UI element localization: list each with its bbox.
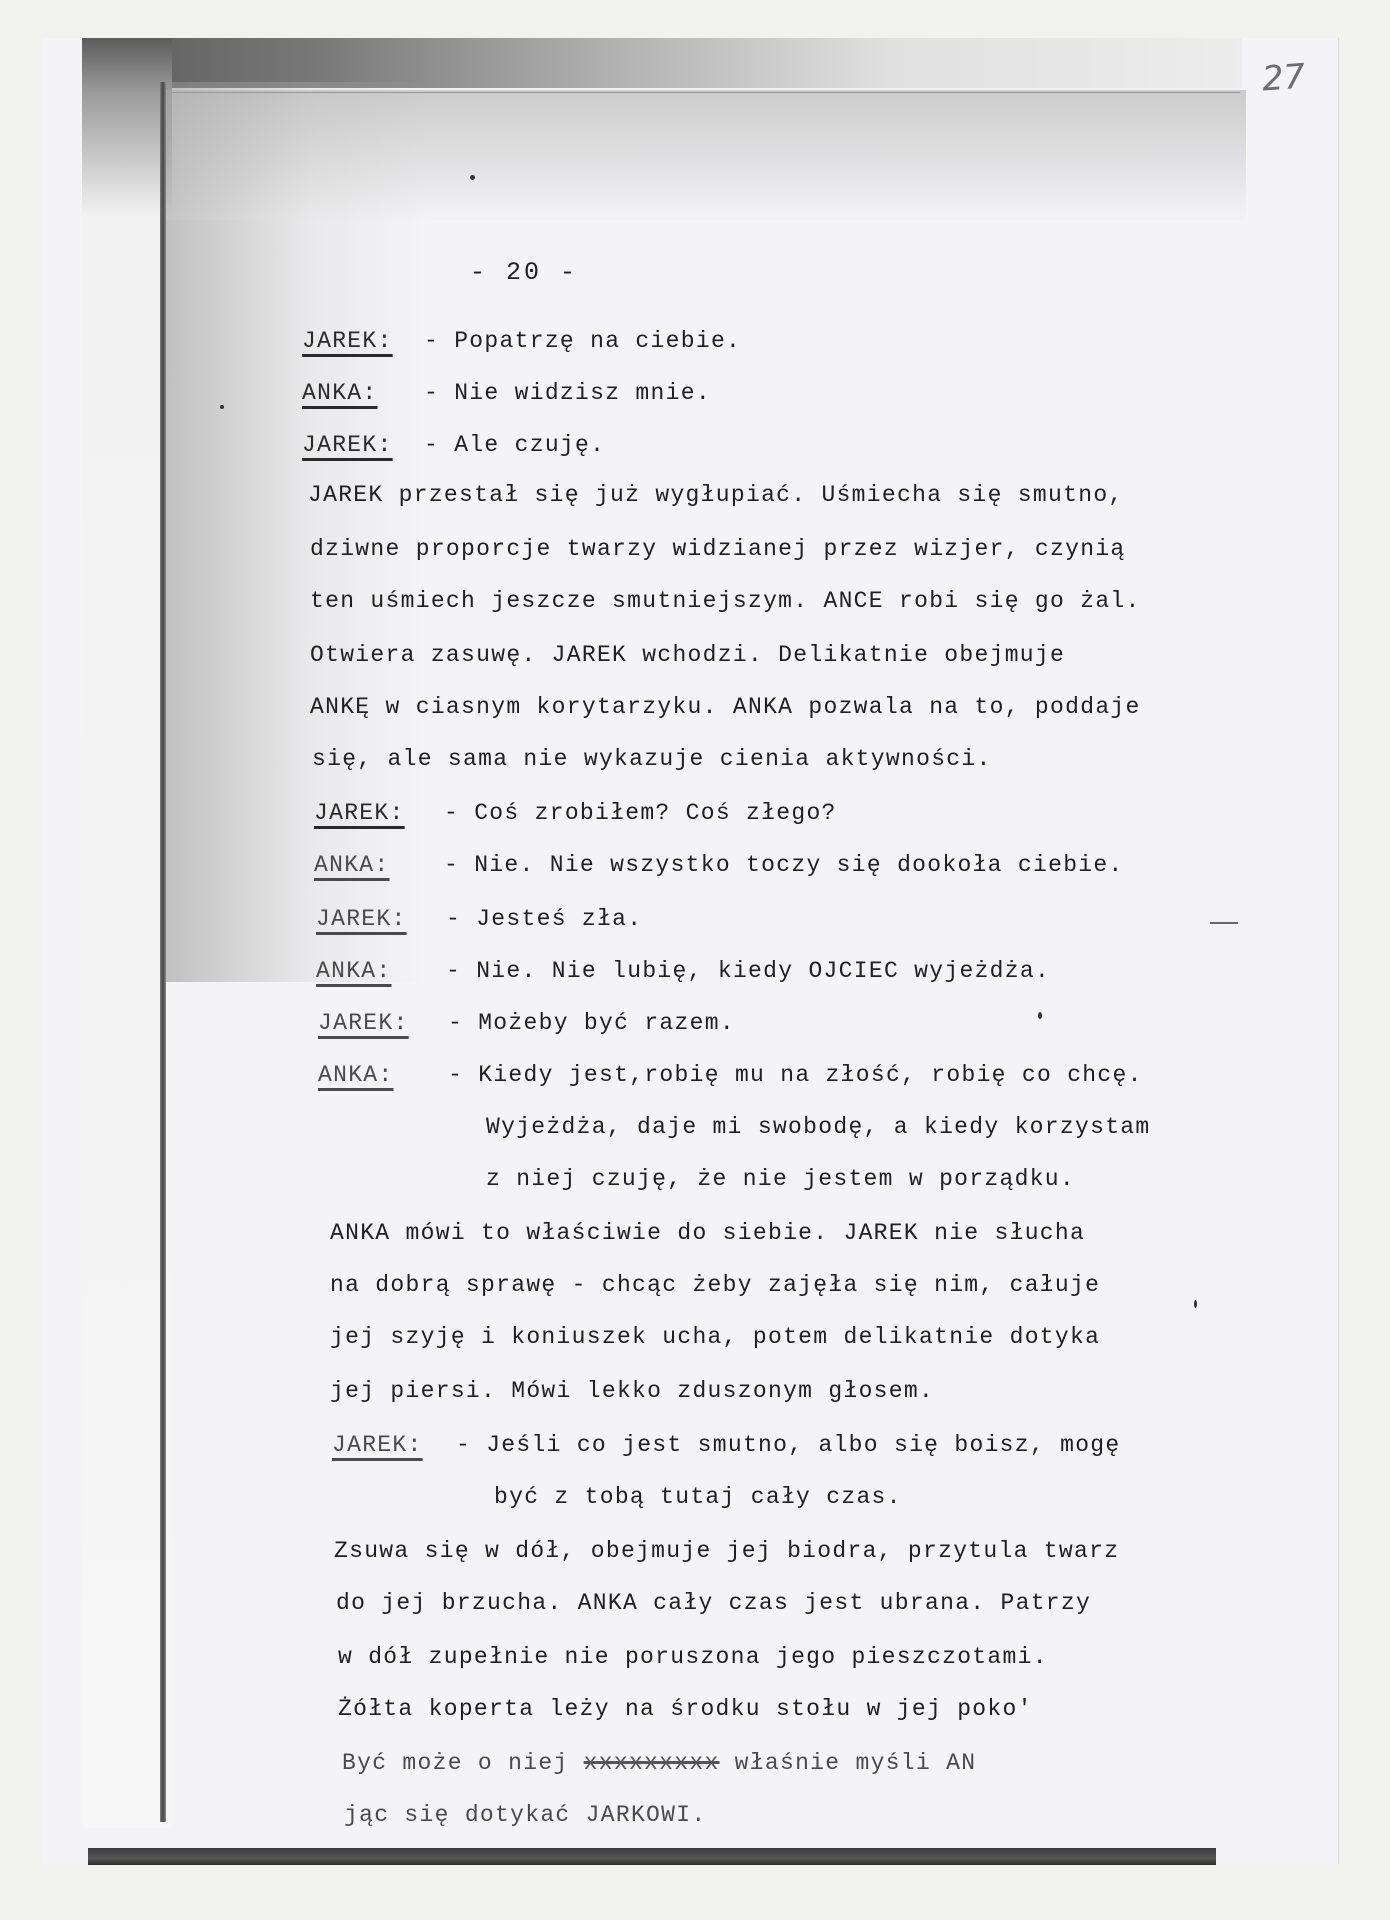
speech: - Możeby być razem. [448, 1010, 735, 1036]
speaker-name: ANKA: [318, 1062, 394, 1088]
speech-continuation: Wyjeżdża, daje mi swobodę, a kiedy korzy… [486, 1114, 1151, 1140]
narration-line: jej piersi. Mówi lekko zduszonym głosem. [330, 1378, 934, 1404]
speech-continuation: być z tobą tutaj cały czas. [494, 1484, 902, 1510]
narration-line: ten uśmiech jeszcze smutniejszym. ANCE r… [310, 588, 1141, 614]
struck-out-text: xxxxxxxxx [584, 1750, 720, 1776]
speech: - Ale czuję. [424, 432, 605, 458]
speech: - Coś zrobiłem? Coś złego? [444, 800, 837, 826]
narration-line: Zsuwa się w dół, obejmuje jej biodra, pr… [334, 1538, 1119, 1564]
speech: - Nie. Nie lubię, kiedy OJCIEC wyjeżdża. [446, 958, 1050, 984]
narration-line: dziwne proporcje twarzy widzianej przez … [310, 536, 1126, 562]
copy-shadow-top [82, 38, 1242, 88]
speaker-name: JAREK: [302, 328, 393, 354]
copy-mark [1210, 922, 1238, 924]
archive-page-number: 27 [1261, 57, 1307, 100]
dialogue-line: JAREK: - Ale czuję. [302, 432, 393, 458]
copy-speck [220, 405, 224, 409]
copy-shadow-left [82, 38, 172, 1828]
dialogue-line: ANKA: - Kiedy jest,robię mu na złość, ro… [318, 1062, 394, 1088]
narration-line: w dół zupełnie nie poruszona jego pieszc… [338, 1644, 1048, 1670]
page-number: - 20 - [470, 258, 578, 287]
dialogue-line: JAREK: - Możeby być razem. [318, 1010, 409, 1036]
speech: - Nie widzisz mnie. [424, 380, 711, 406]
narration-line: jąc się dotykać JARKOWI. [344, 1802, 706, 1828]
dialogue-line: JAREK: - Jesteś zła. [316, 906, 407, 932]
copy-shadow-gradient-top [166, 90, 1246, 220]
speaker-name: JAREK: [314, 800, 405, 826]
speaker-name: JAREK: [302, 432, 393, 458]
narration-line: ANKĘ w ciasnym korytarzyku. ANKA pozwala… [310, 694, 1141, 720]
speech: - Nie. Nie wszystko toczy się dookoła ci… [444, 852, 1124, 878]
dialogue-line: ANKA: - Nie. Nie lubię, kiedy OJCIEC wyj… [316, 958, 392, 984]
copy-speck [1038, 1012, 1042, 1019]
speaker-name: JAREK: [316, 906, 407, 932]
speech: - Kiedy jest,robię mu na złość, robię co… [448, 1062, 1143, 1088]
page-edge-line [172, 92, 1240, 93]
speaker-name: ANKA: [316, 958, 392, 984]
narration-line: Otwiera zasuwę. JAREK wchodzi. Delikatni… [310, 642, 1065, 668]
narration-line: JAREK przestał się już wygłupiać. Uśmiec… [308, 482, 1124, 508]
speaker-name: JAREK: [318, 1010, 409, 1036]
speaker-name: ANKA: [302, 380, 378, 406]
dialogue-line: JAREK: - Coś zrobiłem? Coś złego? [314, 800, 405, 826]
speech: - Popatrzę na ciebie. [424, 328, 741, 354]
speech: - Jesteś zła. [446, 906, 642, 932]
binding-edge [160, 82, 166, 1822]
speech: - Jeśli co jest smutno, albo się boisz, … [456, 1432, 1121, 1458]
narration-text: Być może o niej [342, 1750, 584, 1776]
narration-line: się, ale sama nie wykazuje cienia aktywn… [312, 746, 992, 772]
narration-line: Być może o niej xxxxxxxxx właśnie myśli … [342, 1750, 976, 1776]
narration-line: Żółta koperta leży na środku stołu w jej… [338, 1696, 1033, 1722]
narration-line: jej szyję i koniuszek ucha, potem delika… [330, 1324, 1100, 1350]
narration-text: właśnie myśli AN [720, 1750, 977, 1776]
copy-speck [470, 175, 475, 180]
dialogue-line: JAREK: - Popatrzę na ciebie. [302, 328, 393, 354]
dialogue-line: ANKA: - Nie. Nie wszystko toczy się dook… [314, 852, 390, 878]
speech-continuation: z niej czuję, że nie jestem w porządku. [486, 1166, 1075, 1192]
copy-shadow-bottom [88, 1848, 1216, 1865]
speaker-name: ANKA: [314, 852, 390, 878]
narration-line: ANKA mówi to właściwie do siebie. JAREK … [330, 1220, 1085, 1246]
speaker-name: JAREK: [332, 1432, 423, 1458]
copy-speck [1194, 1300, 1197, 1308]
narration-line: na dobrą sprawę - chcąc żeby zajęła się … [330, 1272, 1100, 1298]
dialogue-line: JAREK: - Jeśli co jest smutno, albo się … [332, 1432, 423, 1458]
narration-line: do jej brzucha. ANKA cały czas jest ubra… [336, 1590, 1091, 1616]
dialogue-line: ANKA: - Nie widzisz mnie. [302, 380, 378, 406]
